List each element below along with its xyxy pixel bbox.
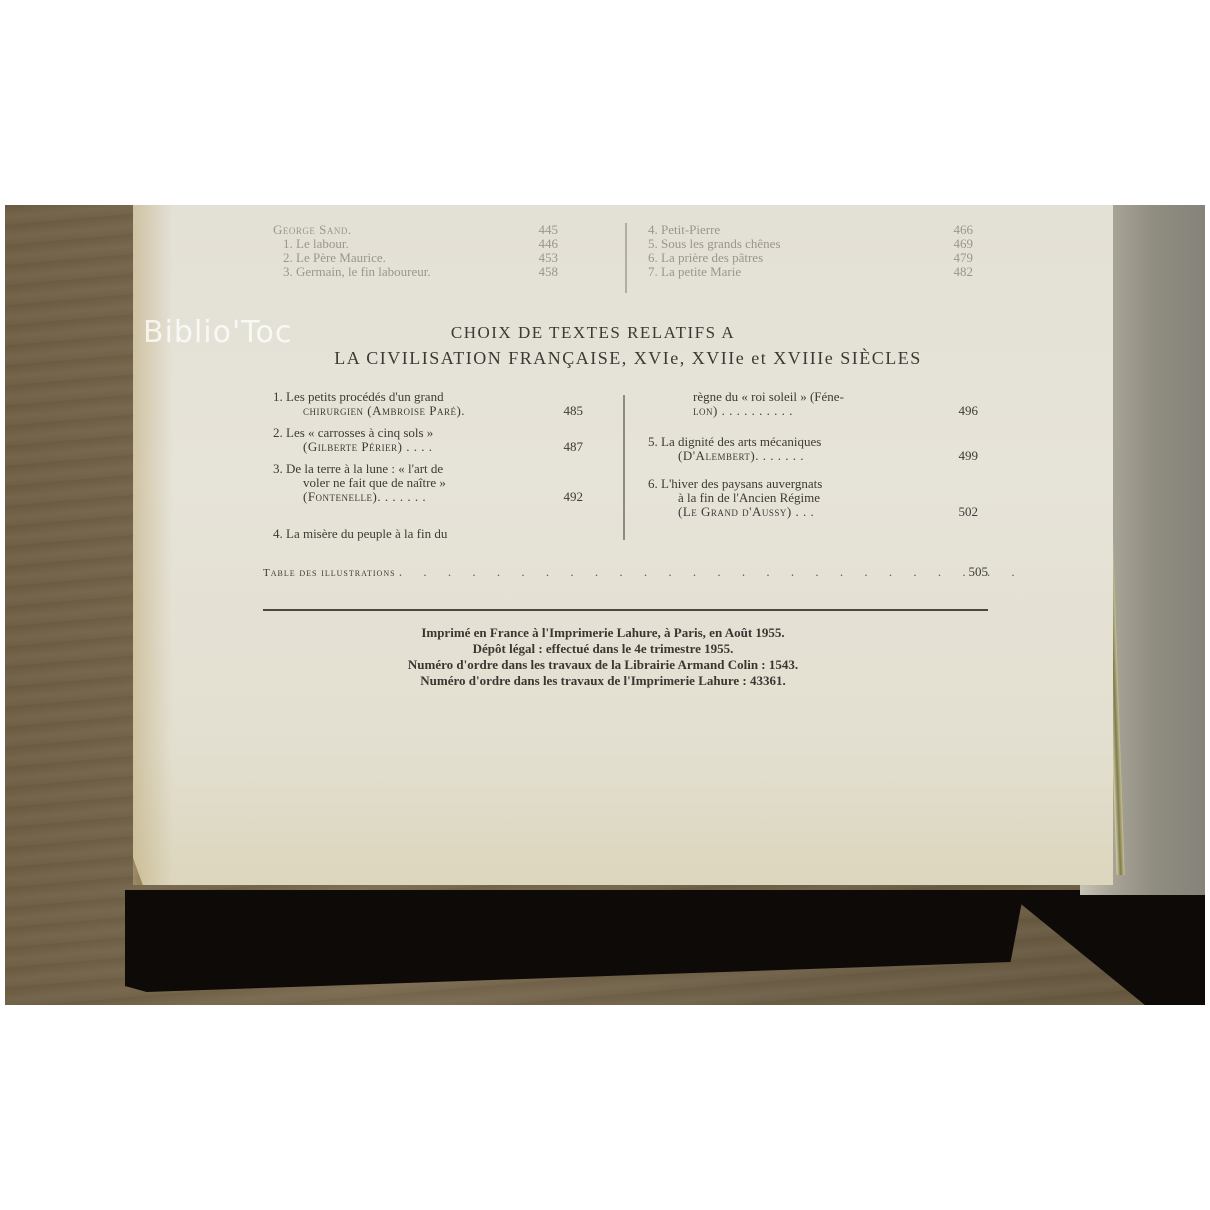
toc-entry: 3. Germain, le fin laboureur. 458 [283,265,558,279]
toc-entry-illustrations: Table des illustrations . . . . . . . . … [263,565,988,580]
horizontal-rule [263,609,988,611]
toc-entry: 2. Le Père Maurice. 453 [283,251,558,265]
watermark-logo: Biblio'Toc [143,315,292,350]
column-divider [623,395,625,540]
toc-entry: 1. Les petits procédés d'un grand chirur… [273,390,583,418]
imprint-line: Imprimé en France à l'Imprimerie Lahure,… [113,625,1093,640]
toc-entry: 6. La prière des pâtres 479 [648,251,973,265]
toc-entry: 6. L'hiver des paysans auvergnats à la f… [648,477,978,519]
imprint-line: Dépôt légal : effectué dans le 4e trimes… [113,641,1093,656]
toc-entry: 7. La petite Marie 482 [648,265,973,279]
toc-entry: 4. La misère du peuple à la fin du [273,527,583,541]
page-edge-shade [133,205,173,885]
toc-entry: 5. Sous les grands chênes 469 [648,237,973,251]
toc-entry: George Sand. 445 [273,223,558,237]
toc-entry: 1. Le labour. 446 [283,237,558,251]
toc-entry: 4. Petit-Pierre 466 [648,223,973,237]
column-divider [625,223,627,293]
imprint-line: Numéro d'ordre dans les travaux de la Li… [113,657,1093,672]
toc-entry: 5. La dignité des arts mécaniques (D'Ale… [648,435,978,463]
section-heading-line2: LA CIVILISATION FRANÇAISE, XVIe, XVIIe e… [138,348,1118,369]
toc-entry: 2. Les « carrosses à cinq sols » (Gilber… [273,426,583,454]
book-page: George Sand. 445 1. Le labour. 446 2. Le… [133,205,1113,885]
toc-entry: 3. De la terre à la lune : « l'art de vo… [273,462,583,504]
toc-entry: règne du « roi soleil » (Féne- lon) . . … [648,390,978,418]
imprint-line: Numéro d'ordre dans les travaux de l'Imp… [113,673,1093,688]
